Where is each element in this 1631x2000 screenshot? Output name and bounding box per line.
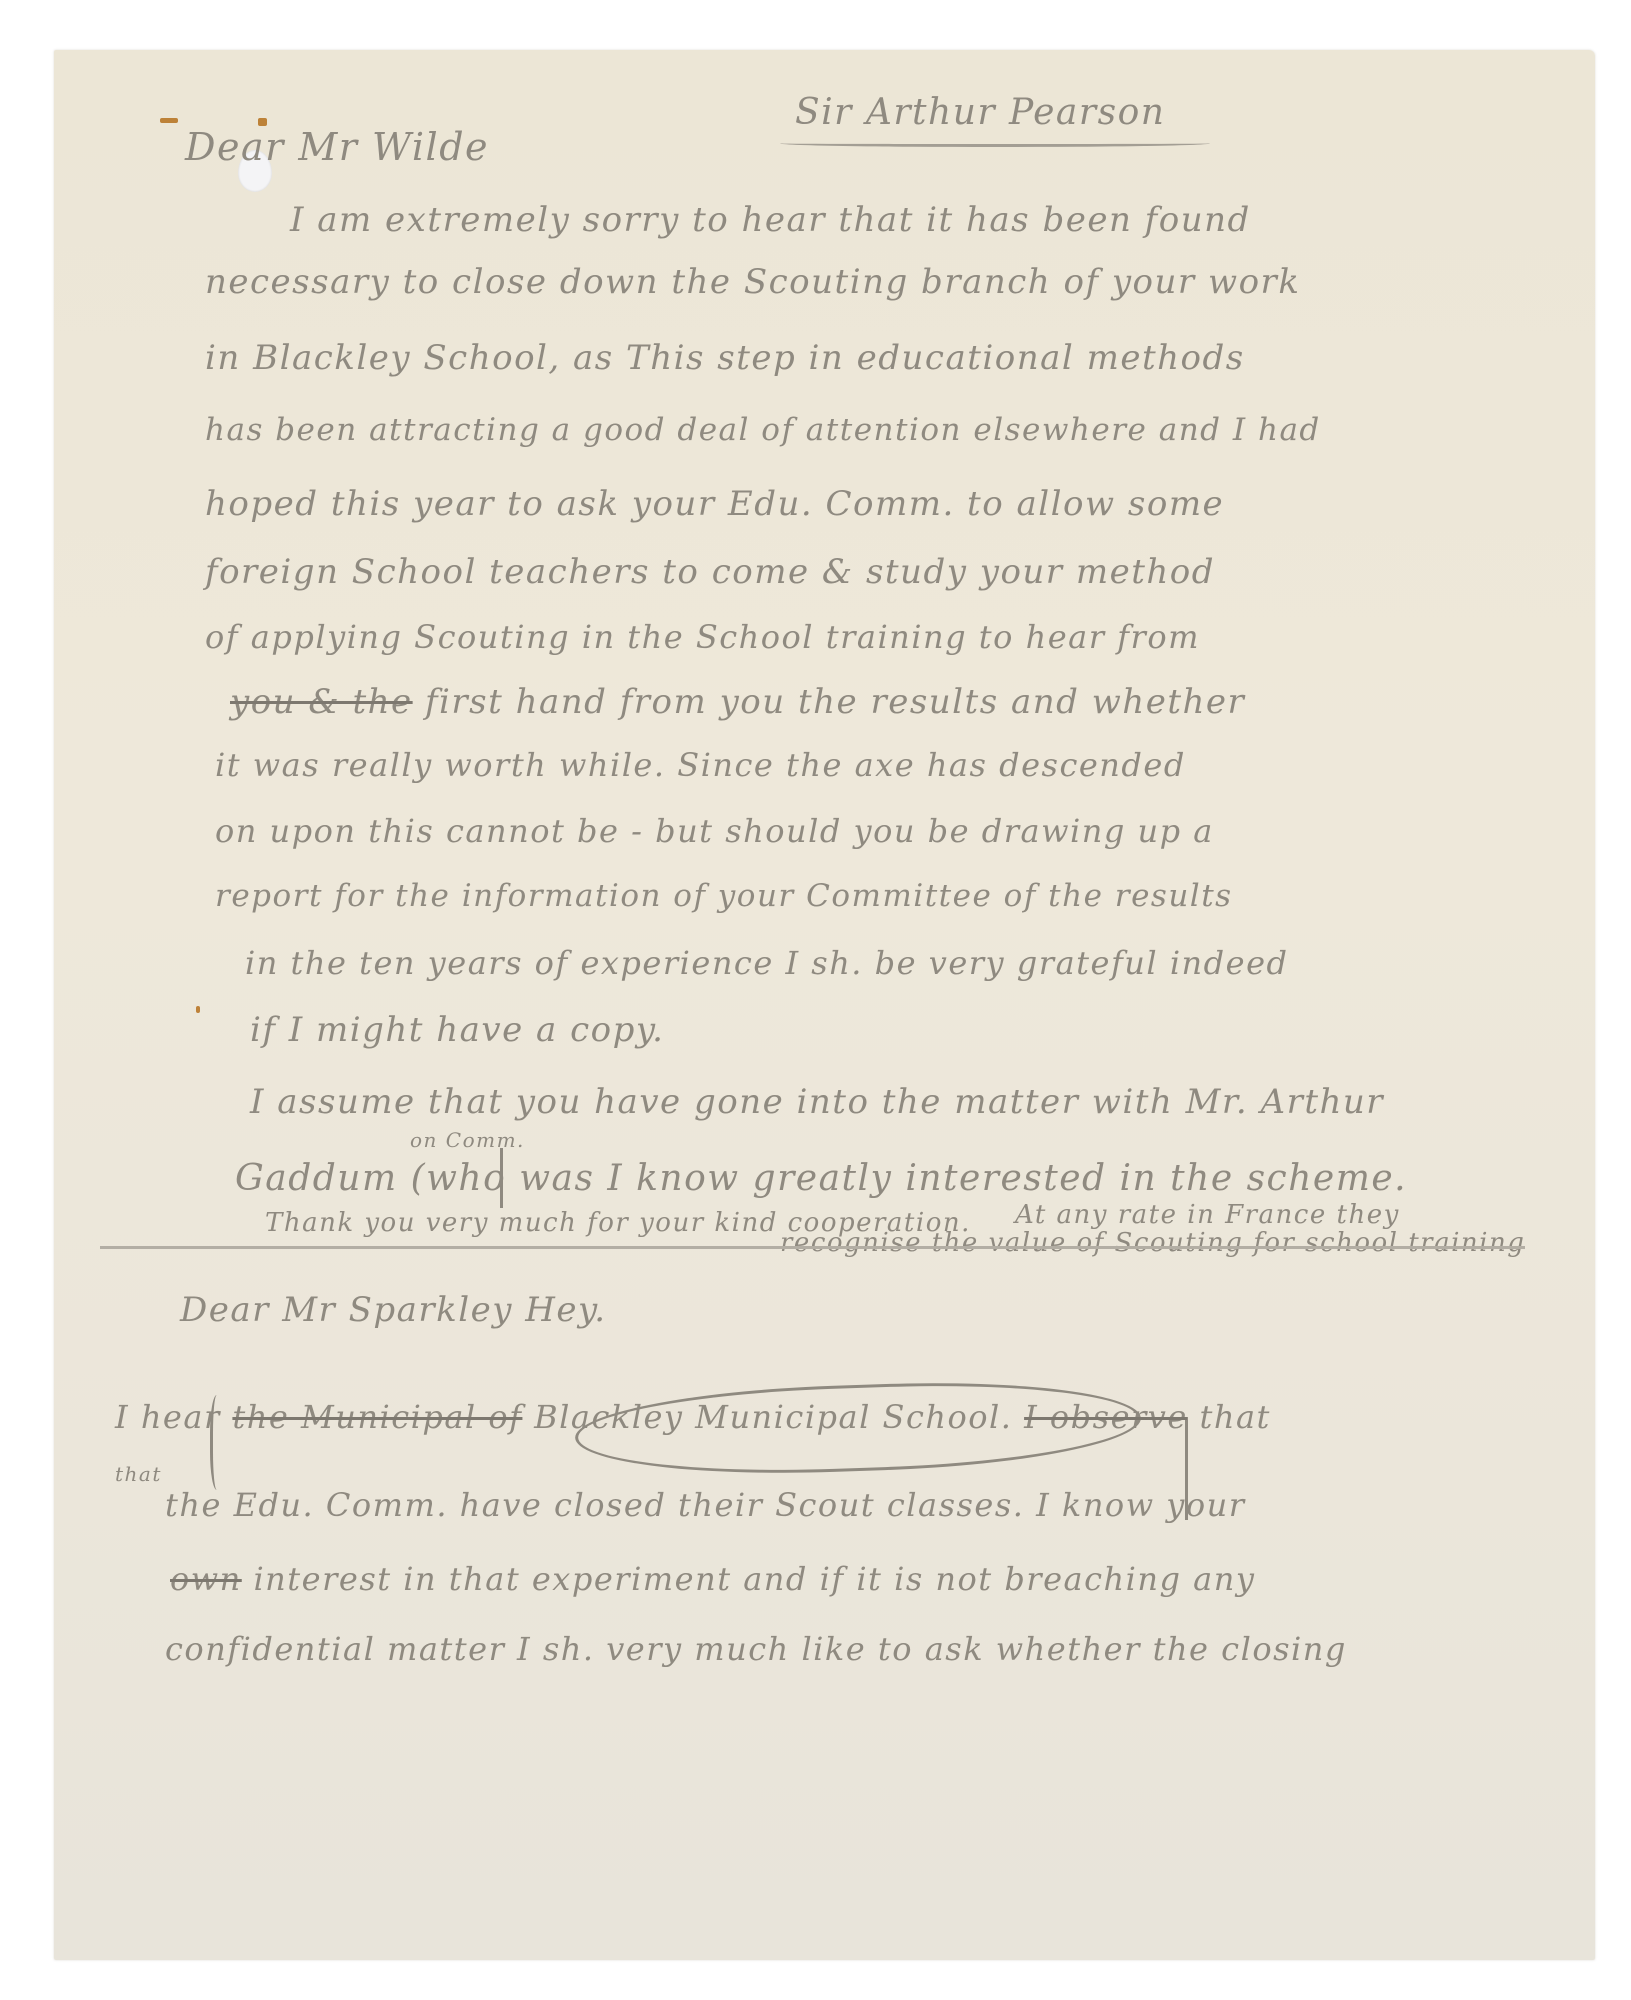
body-line: on upon this cannot be - but should you … bbox=[215, 812, 1214, 850]
body-line: necessary to close down the Scouting bra… bbox=[205, 262, 1300, 302]
insertion-bracket bbox=[210, 1395, 227, 1490]
section-divider bbox=[100, 1246, 1525, 1249]
body-line: I hear the Municipal of Blackley Municip… bbox=[115, 1398, 1271, 1436]
body-line: of applying Scouting in the School train… bbox=[205, 618, 1200, 656]
struck-text: you & the bbox=[230, 682, 413, 722]
header-note: Sir Arthur Pearson bbox=[795, 92, 1165, 133]
body-line: has been attracting a good deal of atten… bbox=[205, 412, 1321, 448]
body-text: first hand from you the results and whet… bbox=[425, 682, 1245, 722]
body-line: foreign School teachers to come & study … bbox=[205, 552, 1215, 592]
body-line: it was really worth while. Since the axe… bbox=[215, 746, 1186, 784]
body-text: interest in that experiment and if it is… bbox=[253, 1560, 1255, 1598]
body-line: own interest in that experiment and if i… bbox=[170, 1560, 1255, 1598]
struck-text: I observe bbox=[1024, 1398, 1188, 1436]
body-line: if I might have a copy. bbox=[250, 1010, 664, 1050]
body-line: confidential matter I sh. very much like… bbox=[165, 1630, 1347, 1668]
body-line: the Edu. Comm. have closed their Scout c… bbox=[165, 1486, 1246, 1524]
closing-line: At any rate in France they bbox=[1015, 1200, 1400, 1230]
circled-phrase: Blackley Municipal School. bbox=[534, 1398, 1012, 1436]
body-line: in Blackley School, as This step in educ… bbox=[205, 338, 1245, 378]
insertion-note: on Comm. bbox=[410, 1128, 525, 1152]
letter-paper bbox=[54, 50, 1595, 1960]
body-line: hoped this year to ask your Edu. Comm. t… bbox=[205, 484, 1224, 524]
body-line: in the ten years of experience I sh. be … bbox=[245, 944, 1289, 982]
rust-stain bbox=[160, 118, 178, 123]
struck-text: the Municipal of bbox=[232, 1398, 522, 1436]
insertion-mark bbox=[500, 1148, 503, 1208]
body-line: I assume that you have gone into the mat… bbox=[250, 1082, 1384, 1122]
body-text: that bbox=[1188, 1398, 1271, 1436]
struck-text: own bbox=[170, 1560, 242, 1598]
body-line: Gaddum (who was I know greatly intereste… bbox=[235, 1158, 1407, 1199]
closing-line: recognise the value of Scouting for scho… bbox=[780, 1228, 1525, 1258]
salutation-2: Dear Mr Sparkley Hey. bbox=[180, 1290, 607, 1330]
body-line: I am extremely sorry to hear that it has… bbox=[290, 200, 1251, 240]
header-underline bbox=[780, 140, 1210, 147]
body-line: you & the first hand from you the result… bbox=[230, 682, 1245, 722]
margin-note: that bbox=[115, 1462, 162, 1486]
rust-stain bbox=[196, 1006, 200, 1013]
salutation-1: Dear Mr Wilde bbox=[185, 125, 489, 169]
body-line: report for the information of your Commi… bbox=[215, 878, 1233, 914]
